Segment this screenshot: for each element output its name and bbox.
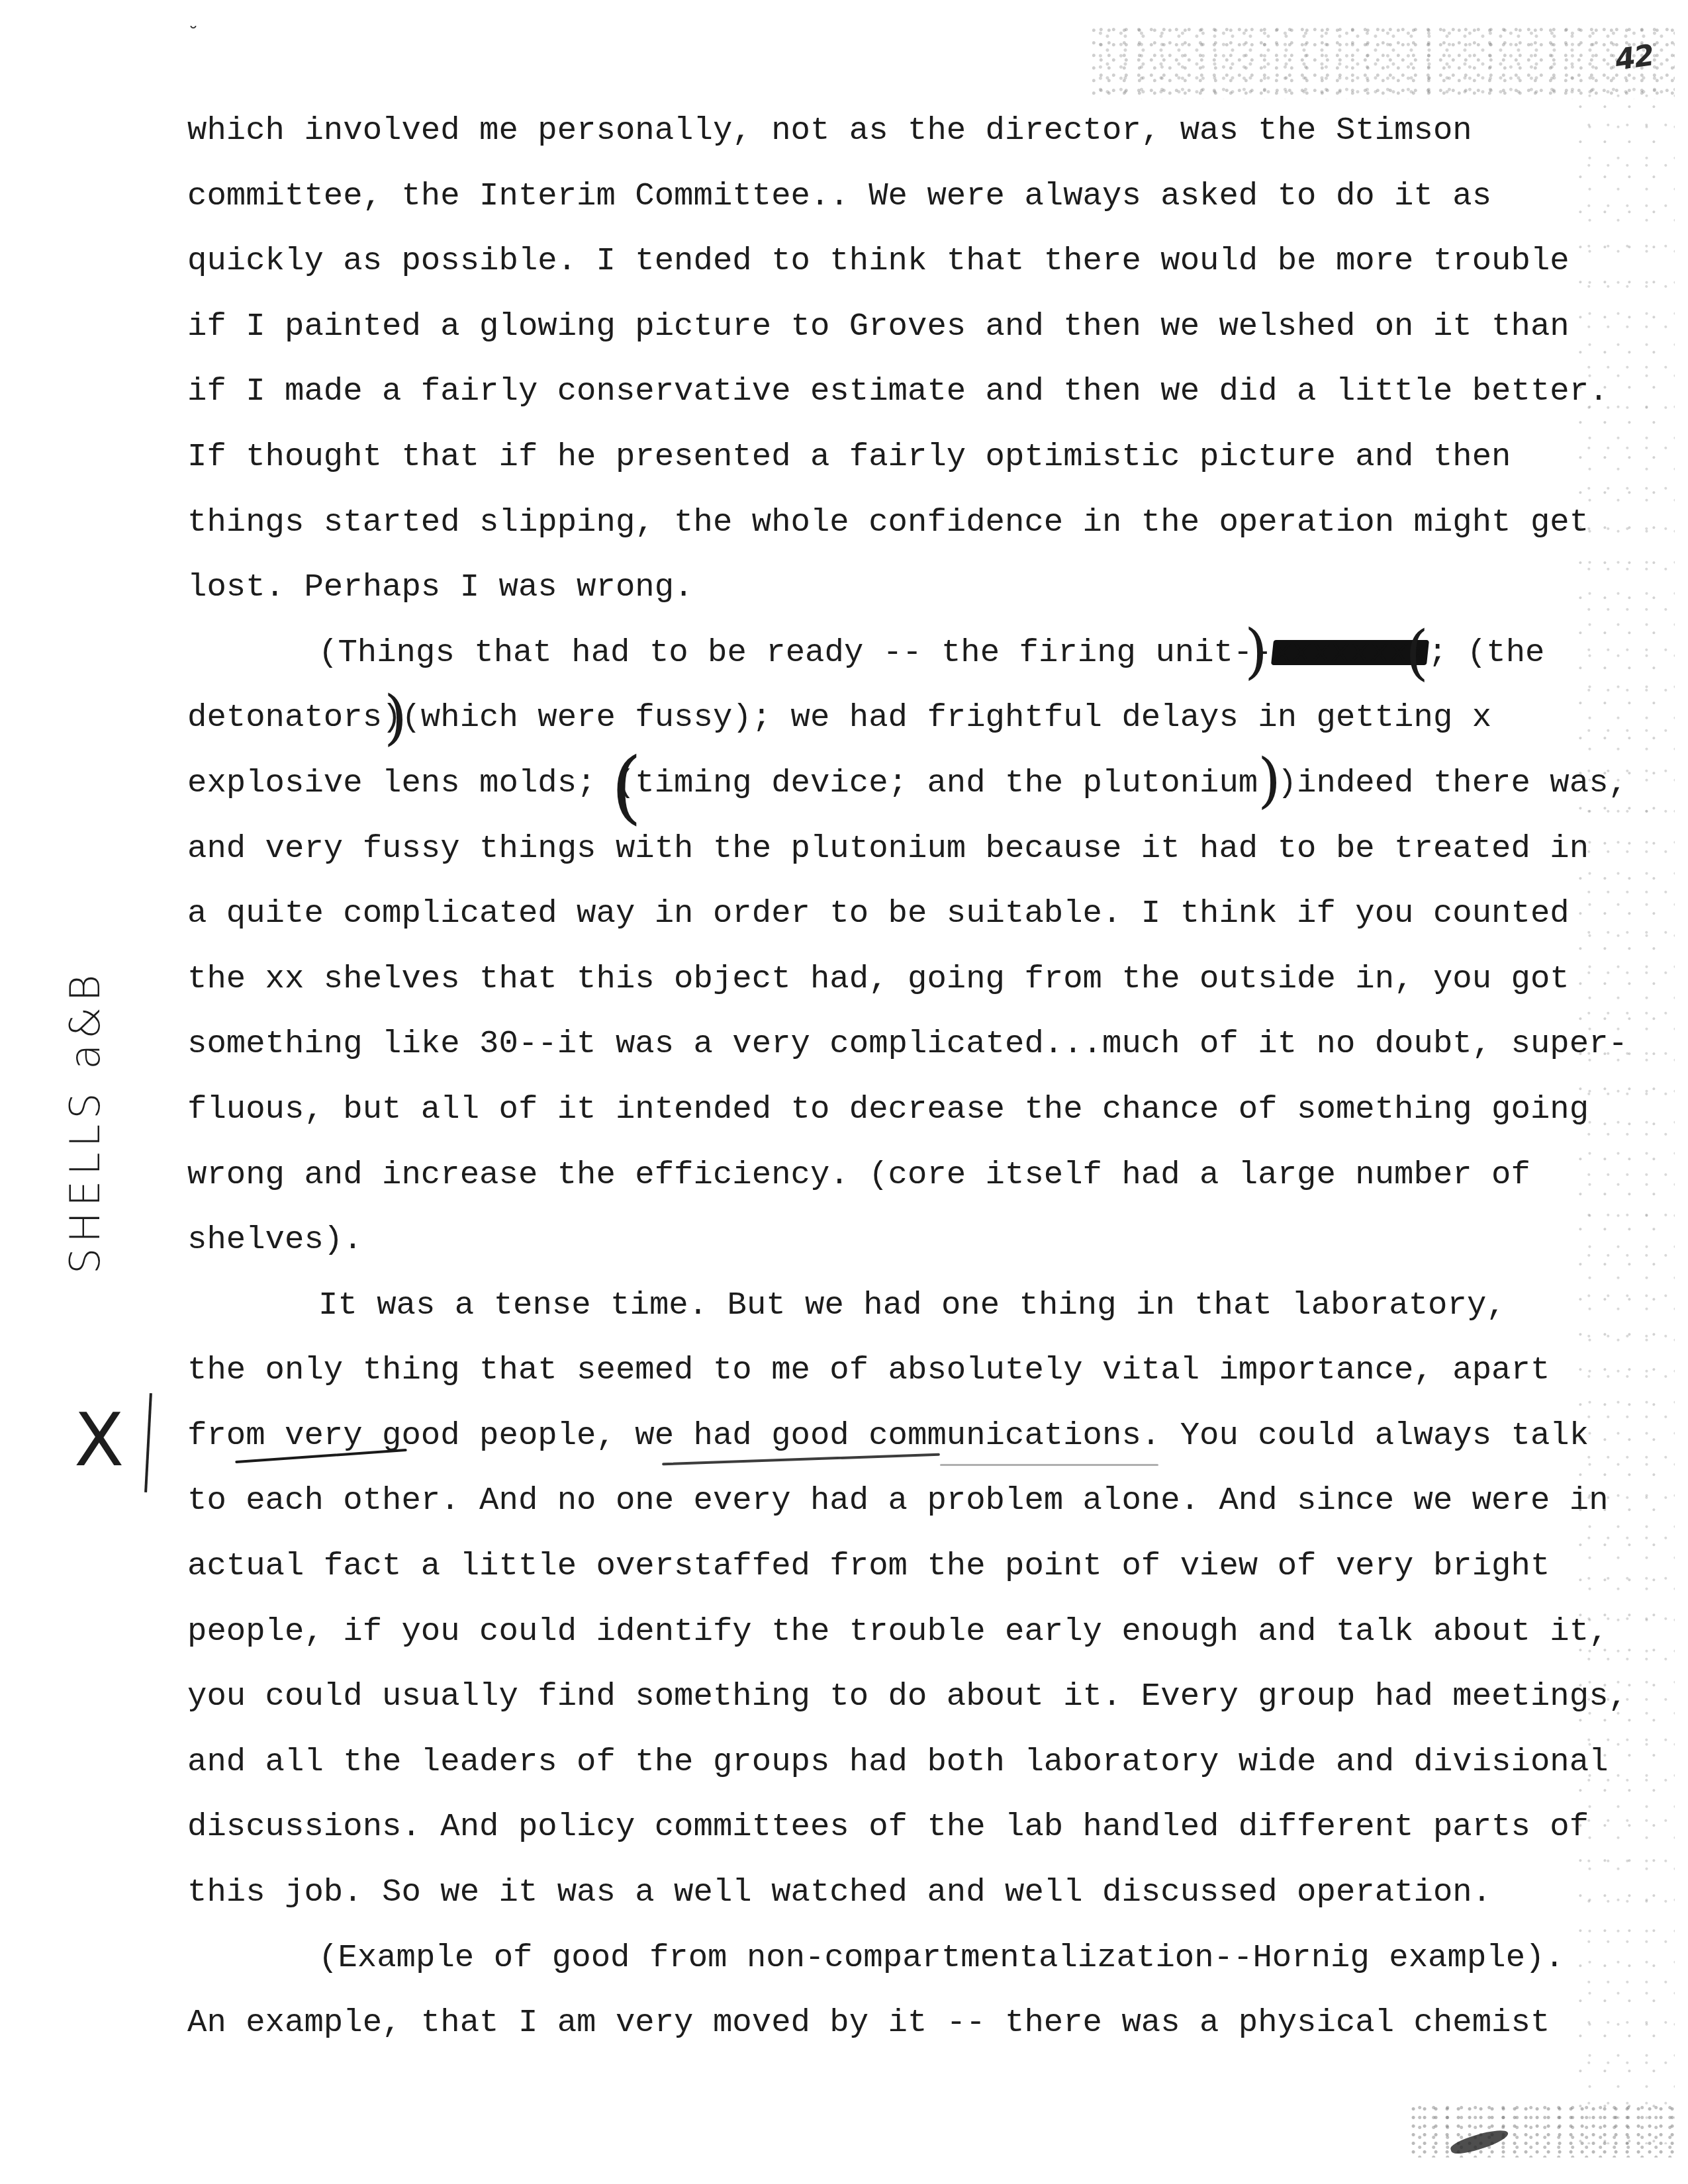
document-page: ˘ 42 which involved me personally, not a… [0,0,1688,2184]
text-line: It was a tense time. But we had one thin… [187,1273,1644,1338]
text-line: if I painted a glowing picture to Groves… [187,294,1644,359]
line-after-strike: ; (the [1428,634,1544,671]
scan-noise-top [1092,26,1675,99]
text-line: actual fact a little overstaffed from th… [187,1533,1644,1599]
text-line: If thought that if he presented a fairly… [187,424,1644,490]
typed-text-body: which involved me personally, not as the… [187,98,1644,2056]
text-line: this job. So we it was a well watched an… [187,1860,1644,1925]
text-line: An example, that I am very moved by it -… [187,1990,1644,2056]
text-line: the only thing that seemed to me of abso… [187,1338,1644,1403]
text-line: things started slipping, the whole confi… [187,490,1644,555]
line-before-strike: (Things that had to be ready -- the firi… [318,634,1272,671]
handwritten-underline [940,1464,1158,1466]
text-line: quickly as possible. I tended to think t… [187,228,1644,294]
text-line: committee, the Interim Committee.. We we… [187,163,1644,229]
margin-vertical-bar [144,1393,152,1492]
handwritten-bracket: ) [384,688,407,748]
text-line: a quite complicated way in order to be s… [187,881,1644,946]
page-number: 42 [1613,38,1656,77]
text-line: fluous, but all of it intended to decrea… [187,1077,1644,1142]
handwritten-bracket: ( [1405,623,1429,683]
handwritten-bracket: ) [1244,622,1268,682]
margin-note-shells: SHELLS a&B [61,970,109,1274]
text-line: people, if you could identify the troubl… [187,1599,1644,1664]
text-line: if I made a fairly conservative estimate… [187,359,1644,424]
text-line: something like 30--it was a very complic… [187,1011,1644,1077]
text-line: from very good people, we had good commu… [187,1403,1644,1469]
scan-noise-bottom [1410,2105,1675,2158]
text-line: you could usually find something to do a… [187,1664,1644,1729]
text-line: wrong and increase the efficiency. (core… [187,1142,1644,1208]
handwritten-bracket: ) [1258,751,1281,811]
text-line: and all the leaders of the groups had bo… [187,1729,1644,1795]
text-line: the xx shelves that this object had, goi… [187,946,1644,1012]
text-line: lost. Perhaps I was wrong. [187,555,1644,620]
text-line: and very fussy things with the plutonium… [187,816,1644,882]
text-line: discussions. And policy committees of th… [187,1794,1644,1860]
text-line: explosive lens molds; (timing device; an… [187,751,1644,816]
text-line: shelves). [187,1207,1644,1273]
top-mark: ˘ [187,24,199,46]
text-line: to each other. And no one every had a pr… [187,1468,1644,1533]
handwritten-bracket: ( [611,748,642,827]
text-line: which involved me personally, not as the… [187,98,1644,163]
text-line: (Example of good from non-compartmentali… [187,1925,1644,1991]
margin-x-mark: X [74,1398,124,1482]
